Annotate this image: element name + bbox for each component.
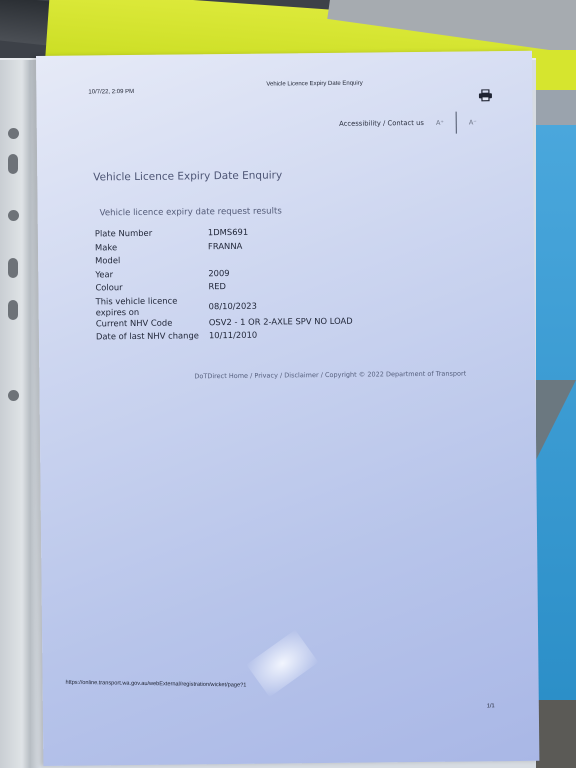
result-value: 08/10/2023 — [209, 294, 257, 312]
print-url: https://online.transport.wa.gov.au/webEx… — [65, 680, 246, 689]
punch-hole — [8, 210, 19, 221]
result-label: Model — [95, 254, 208, 266]
accessibility-contact-link[interactable]: Accessibility / Contact us — [339, 119, 424, 128]
punch-hole — [8, 390, 19, 401]
result-label: Plate Number — [95, 227, 208, 239]
punch-slot — [8, 154, 18, 174]
page-title: Vehicle Licence Expiry Date Enquiry — [93, 169, 282, 183]
result-label: Date of last NHV change — [96, 330, 209, 342]
result-label: Current NHV Code — [96, 317, 209, 329]
result-value: RED — [208, 281, 226, 292]
printer-icon[interactable] — [478, 89, 492, 101]
copyright-link[interactable]: Copyright © 2022 Department of Transport — [325, 370, 466, 379]
result-value: 2009 — [208, 267, 229, 278]
results-subtitle: Vehicle licence expiry date request resu… — [100, 206, 282, 218]
print-title: Vehicle Licence Expiry Date Enquiry — [266, 81, 362, 88]
print-header: 10/7/22, 2:09 PM Vehicle Licence Expiry … — [88, 79, 492, 83]
privacy-link[interactable]: Privacy — [254, 371, 278, 379]
home-link[interactable]: DoTDirect Home — [194, 372, 248, 381]
punch-slot — [8, 300, 18, 320]
result-value: 10/11/2010 — [209, 330, 257, 342]
result-label: Make — [95, 241, 208, 253]
site-footer: DoTDirect Home / Privacy / Disclaimer / … — [194, 370, 466, 381]
utility-bar: Accessibility / Contact us A⁺ A⁻ — [339, 111, 477, 134]
result-label: Year — [95, 268, 208, 280]
printed-page: 10/7/22, 2:09 PM Vehicle Licence Expiry … — [36, 51, 539, 766]
decrease-font-button[interactable]: A⁻ — [469, 118, 477, 126]
result-value: OSV2 - 1 OR 2-AXLE SPV NO LOAD — [209, 315, 353, 328]
result-value: FRANNA — [208, 240, 242, 251]
page-number: 1/1 — [487, 703, 495, 709]
print-datetime: 10/7/22, 2:09 PM — [88, 89, 134, 95]
result-label: Colour — [95, 281, 208, 293]
increase-font-button[interactable]: A⁺ — [436, 119, 444, 127]
light-glare — [246, 630, 318, 697]
result-value: 1DMS691 — [208, 227, 248, 238]
result-label: This vehicle licence expires on — [96, 295, 209, 318]
divider — [456, 112, 457, 134]
result-row-nhv-change: Date of last NHV change 10/11/2010 — [96, 327, 496, 345]
punch-slot — [8, 258, 18, 278]
punch-hole — [8, 128, 19, 139]
results-table: Plate Number 1DMS691 Make FRANNA Model Y… — [95, 224, 496, 345]
disclaimer-link[interactable]: Disclaimer — [284, 371, 318, 379]
